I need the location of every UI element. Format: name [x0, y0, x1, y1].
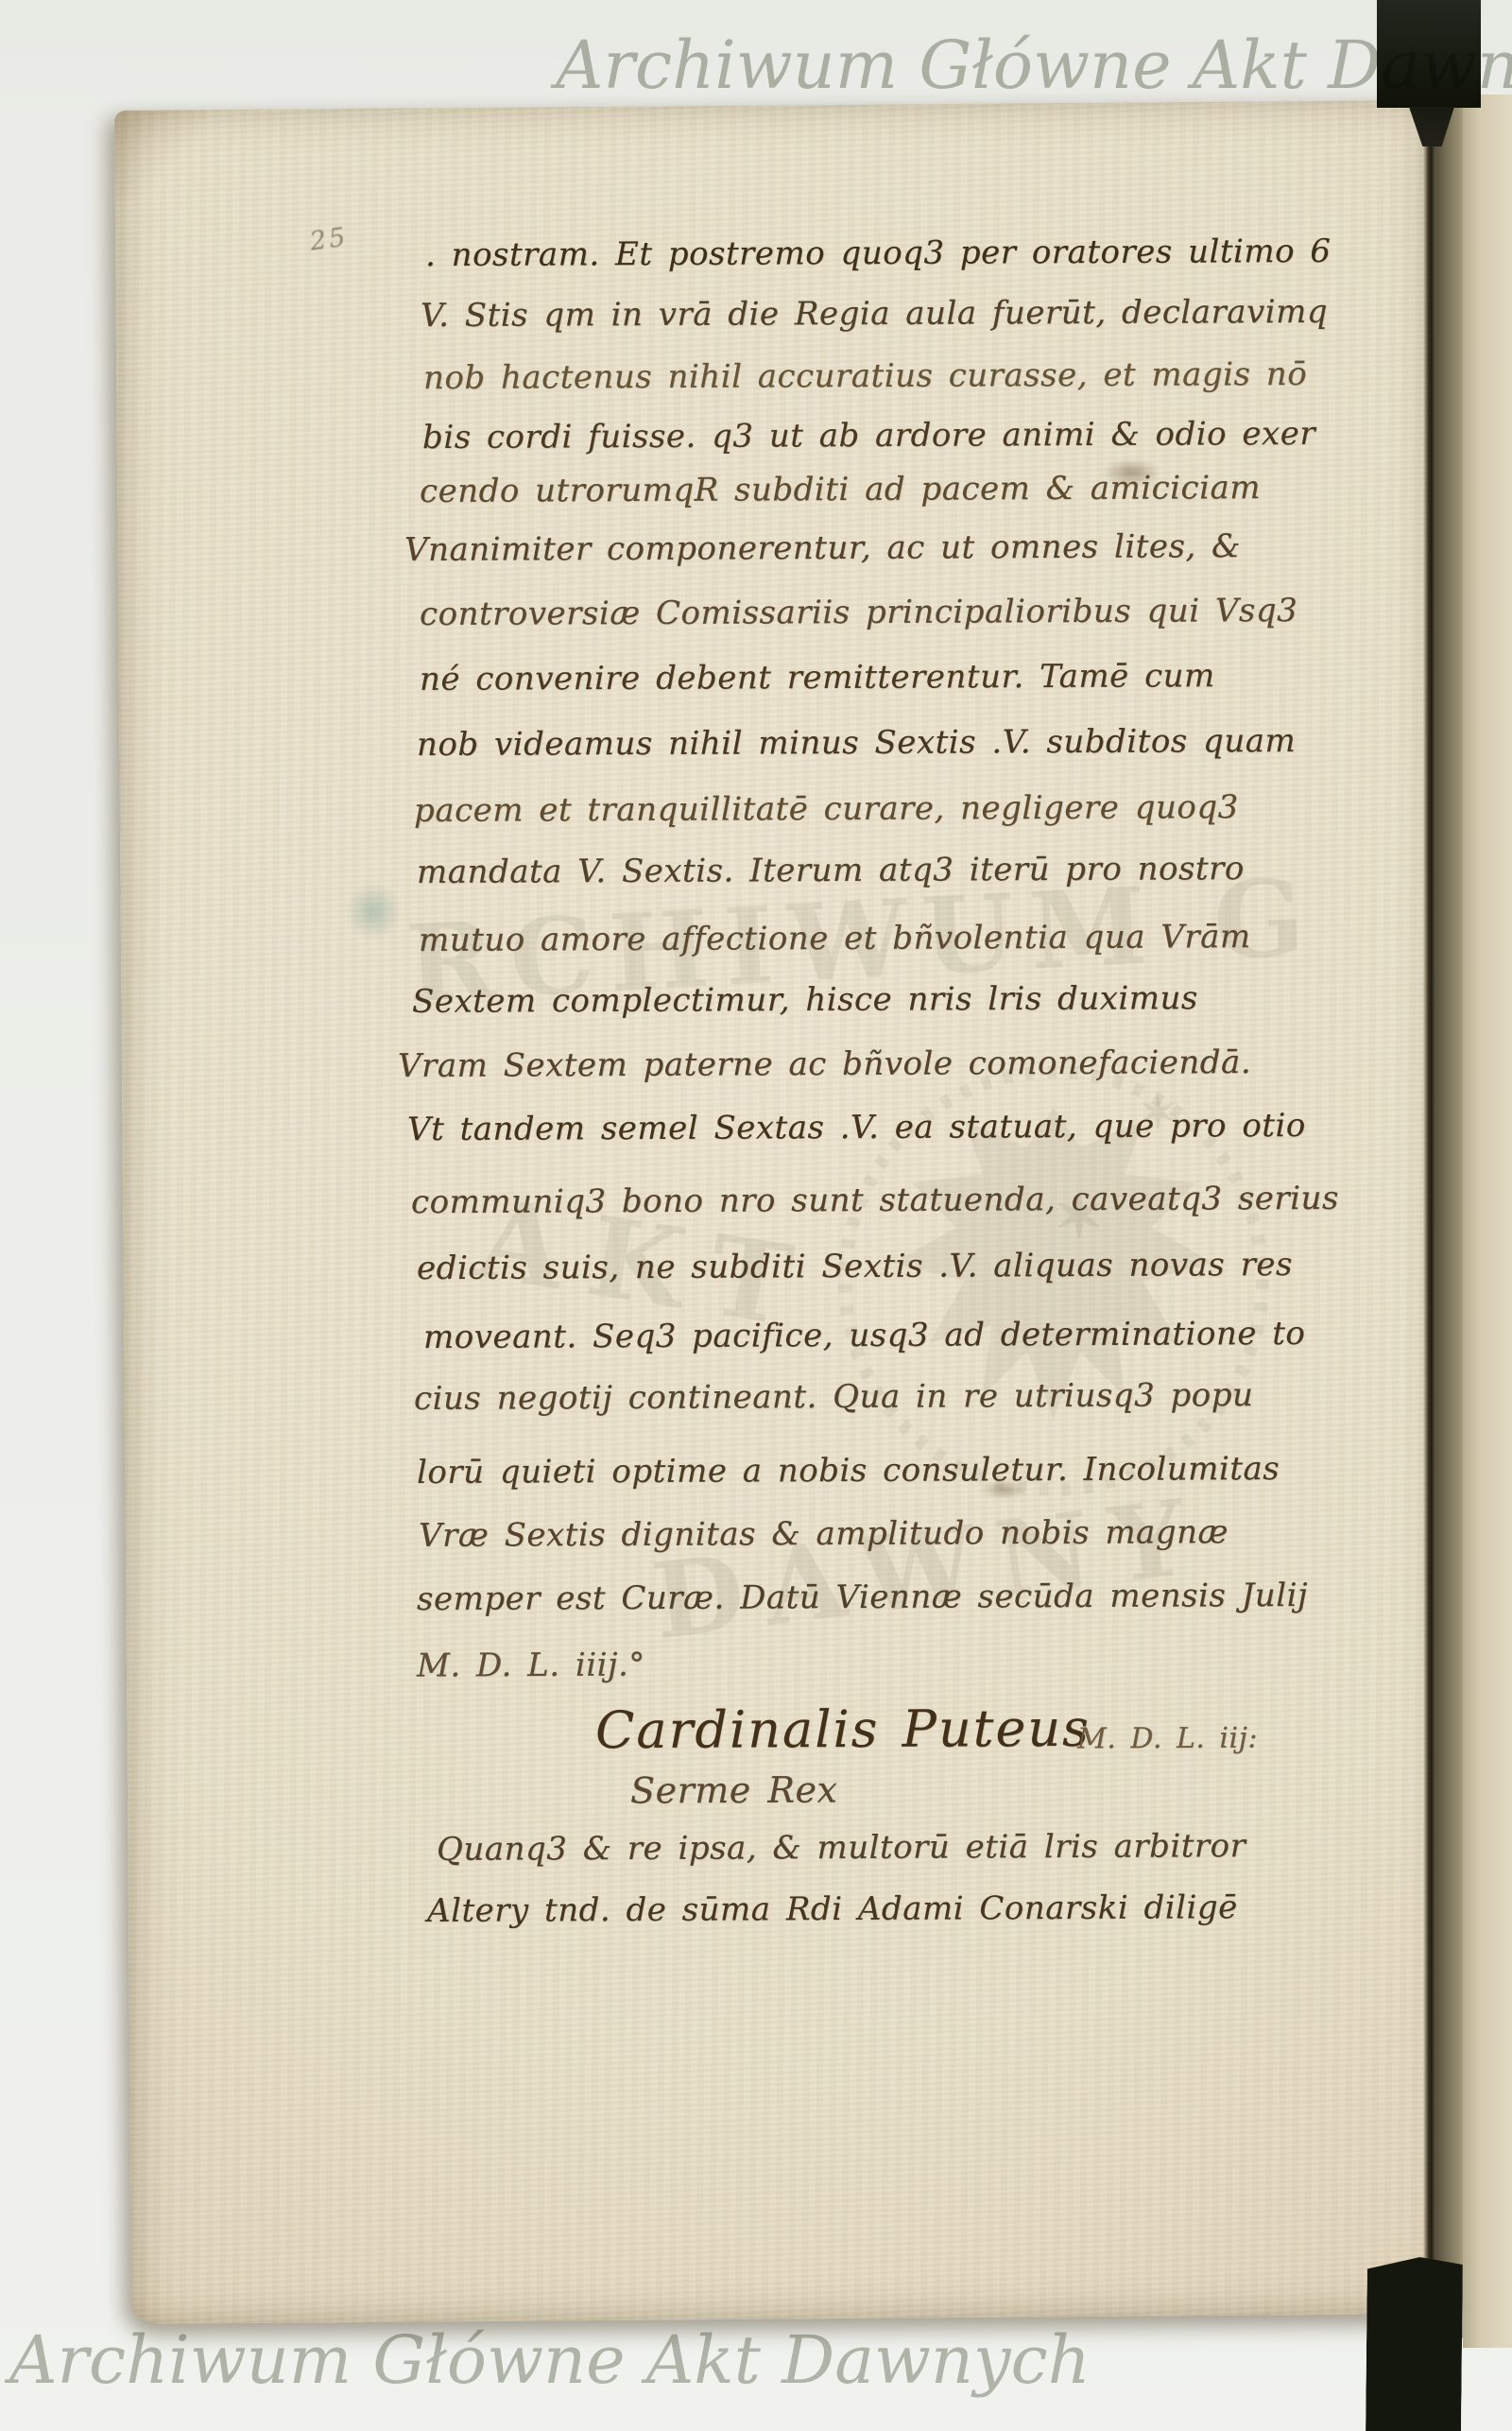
ms-line: mutuo amore affectione et bñvolentia qua… [419, 918, 1251, 959]
ms-line: nob hactenus nihil accuratius curasse, e… [423, 355, 1307, 397]
ms-line: lorū quieti optime a nobis consuletur. I… [417, 1450, 1280, 1491]
manuscript-text: . nostram. Et postremo quoq3 per oratore… [0, 0, 1512, 2431]
ms-line: cius negotij contineant. Qua in re utriu… [414, 1376, 1254, 1418]
ms-line: Vnanimiter componerentur, ac ut omnes li… [404, 527, 1241, 569]
subheading-serme-rex: Serme Rex [630, 1769, 838, 1812]
ms-line: Quanq3 & re ipsa, & multorū etiā lris ar… [437, 1827, 1246, 1869]
ms-line: edictis suis, ne subditi Sextis .V. aliq… [417, 1246, 1293, 1287]
ms-line: controversiæ Comissariis principalioribu… [420, 592, 1297, 633]
ms-line: Altery tnd. de sūma Rdi Adami Conarski d… [427, 1888, 1238, 1930]
watermark-bottom: Archiwum Główne Akt Dawnych [9, 2321, 1091, 2399]
watermark-top: Archiwum Główne Akt Dawnych [556, 26, 1512, 104]
ms-line: Sextem complectimur, hisce nris lris dux… [412, 979, 1198, 1021]
heading-date: M. D. L. iij: [1077, 1722, 1258, 1756]
ms-line: né convenire debent remitterentur. Tamē … [420, 657, 1215, 698]
ms-line: mandata V. Sextis. Iterum atq3 iterū pro… [417, 850, 1245, 891]
ms-line: Vt tandem semel Sextas .V. ea statuat, q… [407, 1107, 1306, 1148]
ms-line: . nostram. Et postremo quoq3 per oratore… [425, 233, 1332, 274]
ms-line: V. Stis qm in vrā die Regia aula fuerūt,… [421, 293, 1328, 335]
ms-line: M. D. L. iiij.° [417, 1646, 645, 1684]
ms-line: Vræ Sextis dignitas & amplitudo nobis ma… [419, 1513, 1228, 1555]
ms-line: semper est Curæ. Datū Viennæ secūda mens… [417, 1577, 1308, 1618]
ms-line: bis cordi fuisse. q3 ut ab ardore animi … [422, 415, 1315, 457]
ms-line: communiq3 bono nro sunt statuenda, cavea… [411, 1180, 1339, 1221]
ms-line: pacem et tranquillitatē curare, negliger… [414, 788, 1239, 830]
ms-line: Vram Sextem paterne ac bñvole comonefaci… [398, 1043, 1251, 1085]
ms-line: nob videamus nihil minus Sextis .V. subd… [417, 722, 1296, 764]
ms-line: cendo utrorumqR subditi ad pacem & amici… [420, 469, 1261, 510]
ms-line: moveant. Seq3 pacifice, usq3 ad determin… [423, 1315, 1306, 1356]
heading-cardinalis-puteus: Cardinalis Puteus [595, 1698, 1091, 1760]
archive-scan: 25 RCHIWUM GAKTDAWNY✶✶ . nostram. Et pos… [0, 0, 1512, 2431]
